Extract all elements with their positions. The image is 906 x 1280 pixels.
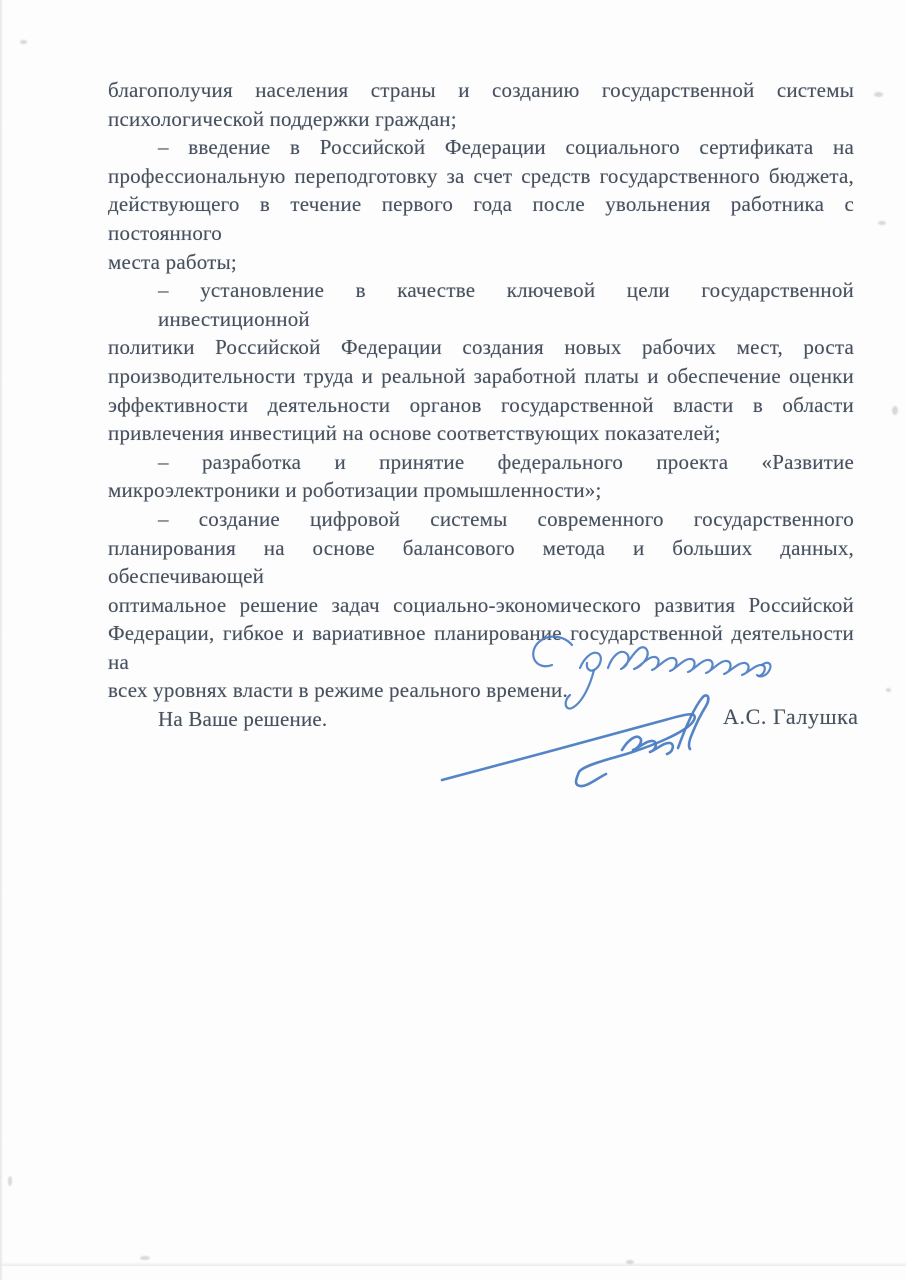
paragraph: благополучия населения страны и созданию… [108, 76, 854, 133]
scan-speck [20, 40, 27, 44]
paragraph: – разработка и принятие федерального про… [108, 448, 854, 505]
scan-speck [892, 406, 898, 415]
scan-speck [626, 1260, 634, 1264]
signatory-name: А.С. Галушка [723, 704, 858, 730]
text-line: производительности труда и реальной зара… [108, 362, 854, 391]
text-line: профессиональную переподготовку за счет … [108, 162, 854, 191]
scan-edge-left [0, 0, 3, 1280]
scan-speck [140, 1256, 150, 1260]
scan-speck [886, 688, 891, 692]
scan-edge-bottom [0, 1262, 906, 1266]
text-line: политики Российской Федерации создания н… [108, 333, 854, 362]
scan-speck [878, 221, 886, 225]
text-line: – введение в Российской Федерации социал… [108, 133, 854, 162]
text-line: благополучия населения страны и созданию… [108, 76, 854, 105]
text-line: эффективности деятельности органов госуд… [108, 391, 854, 420]
handwritten-regards-script [533, 637, 770, 709]
scan-speck [8, 1176, 12, 1186]
scanned-letter-page: благополучия населения страны и созданию… [0, 0, 906, 1280]
text-line: психологической поддержки граждан; [108, 105, 854, 134]
text-line: микроэлектроники и роботизации промышлен… [108, 476, 854, 505]
text-line: оптимальное решение задач социально-экон… [108, 591, 854, 620]
text-line: действующего в течение первого года посл… [108, 190, 854, 247]
text-line: места работы; [108, 248, 854, 277]
signature-flourish [442, 695, 708, 786]
paragraph: – установление в качестве ключевой цели … [108, 276, 854, 448]
scan-speck [874, 92, 883, 97]
text-line: привлечения инвестиций на основе соответ… [108, 419, 854, 448]
text-line: – установление в качестве ключевой цели … [108, 276, 854, 333]
text-line: – разработка и принятие федерального про… [108, 448, 854, 477]
text-line: – создание цифровой системы современного… [108, 505, 854, 534]
paragraph: – введение в Российской Федерации социал… [108, 133, 854, 276]
text-line: планирования на основе балансового метод… [108, 534, 854, 591]
